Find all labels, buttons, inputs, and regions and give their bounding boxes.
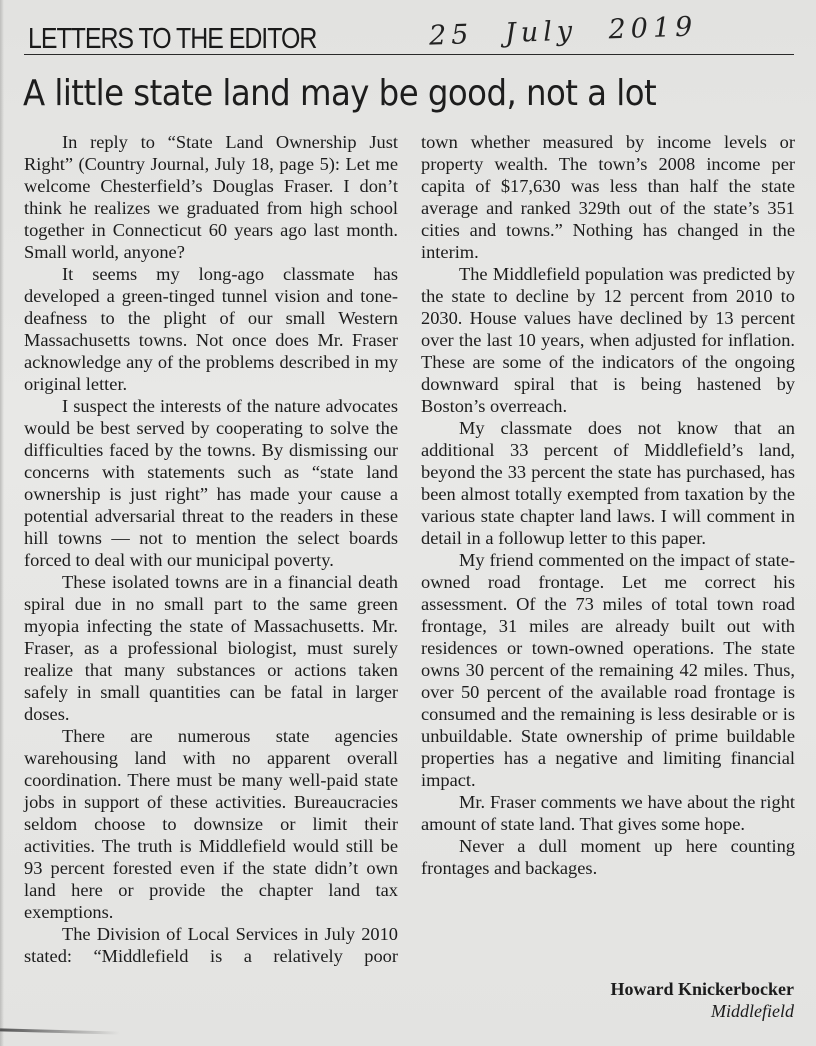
paragraph: It seems my long-ago classmate has devel… — [24, 263, 398, 395]
author-name: Howard Knickerbocker — [611, 978, 794, 1000]
paragraph: The Middlefield population was predict­e… — [421, 263, 795, 417]
paragraph: The Division of Local Services in July 2… — [24, 923, 398, 967]
paragraph: These isolated towns are in a finan­cial… — [24, 571, 398, 725]
paragraph: Mr. Fraser comments we have about the ri… — [421, 791, 795, 835]
paragraph-continued: town whether measured by income levels o… — [421, 131, 795, 263]
section-header: LETTERS TO THE EDITOR 25 July 2019 — [24, 14, 794, 55]
article-column-right: town whether measured by income levels o… — [421, 131, 795, 879]
paragraph: My classmate does not know that an addit… — [421, 417, 795, 549]
author-town: Middlefield — [611, 1000, 794, 1022]
paragraph: My friend commented on the impact of sta… — [421, 549, 795, 791]
letter-signature: Howard Knickerbocker Middlefield — [611, 978, 794, 1022]
newspaper-clipping: LETTERS TO THE EDITOR 25 July 2019 A lit… — [0, 0, 816, 1046]
paragraph: I suspect the interests of the nature ad… — [24, 395, 398, 571]
paper-fold-shadow — [0, 1028, 120, 1034]
paragraph: Never a dull moment up here counting fro… — [421, 835, 795, 879]
clipping-edge-shadow — [0, 0, 4, 1046]
paragraph: In reply to “State Land Ownership Just R… — [24, 131, 398, 263]
article-column-left: In reply to “State Land Ownership Just R… — [24, 131, 398, 967]
section-title: LETTERS TO THE EDITOR — [28, 24, 316, 54]
article-headline: A little state land may be good, not a l… — [23, 72, 656, 116]
paragraph: There are numerous state agencies wareho… — [24, 725, 398, 923]
handwritten-date: 25 July 2019 — [429, 11, 698, 51]
